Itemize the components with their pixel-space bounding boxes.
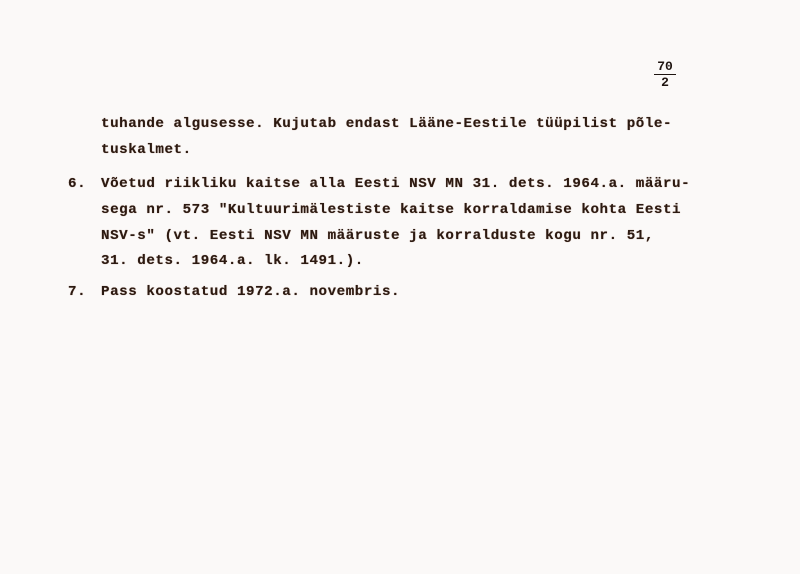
list-marker: 6. (68, 176, 86, 192)
text-line: tuhande algusesse. Kujutab endast Lääne-… (101, 116, 672, 132)
text-line: Võetud riikliku kaitse alla Eesti NSV MN… (101, 176, 690, 192)
list-marker: 7. (68, 284, 86, 300)
text-line: tuskalmet. (101, 142, 192, 158)
page-number-numerator: 70 (654, 60, 676, 75)
page-number-denominator: 2 (654, 75, 676, 89)
text-line: sega nr. 573 "Kultuurimälestiste kaitse … (101, 202, 681, 218)
page-number: 70 2 (654, 60, 676, 89)
text-line: Pass koostatud 1972.a. novembris. (101, 284, 400, 300)
text-line: NSV-s" (vt. Eesti NSV MN määruste ja kor… (101, 228, 654, 244)
text-line: 31. dets. 1964.a. lk. 1491.). (101, 253, 364, 269)
